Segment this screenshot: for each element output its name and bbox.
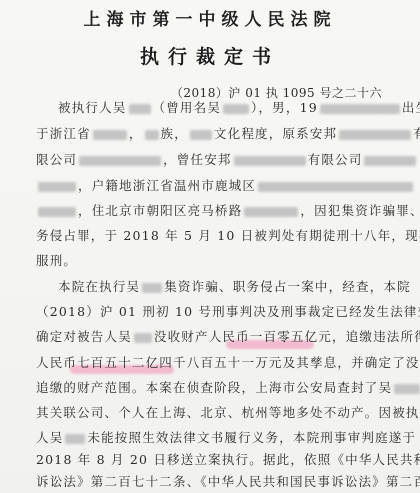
body-line: ，住北京市朝阳区亮马桥路，因犯集资诈骗罪、职 xyxy=(36,203,388,219)
document-page: 上海市第一中级人民法院 执行裁定书 （2018）沪 01 执 1095 号之二十… xyxy=(0,0,420,493)
body-line: 于浙江省，族，文化程度，原系安邦有 xyxy=(36,126,388,142)
case-number: （2018）沪 01 执 1095 号之二十六 xyxy=(171,84,382,101)
body-line: 人民币七百五十二亿四千八百五十一万元及其孳息，并确定了没收、 xyxy=(36,355,388,371)
body-line: 服刑。 xyxy=(36,253,388,269)
body-line: ，户籍地浙江省温州市鹿城区 xyxy=(36,178,388,194)
body-line: 务侵占罪，于 2018 年 5 月 10 日被判处有期徒刑十八年，现在监狱 xyxy=(36,228,388,244)
redacted-name xyxy=(223,104,249,114)
document-title: 执行裁定书 xyxy=(0,42,420,69)
redacted-name xyxy=(129,104,151,114)
body-line: 被执行人吴（曾用名吴），男，19出生 xyxy=(58,100,388,116)
body-line: 确定对被告人吴没收财产人民币一百零五亿元，追缴违法所得 xyxy=(36,329,388,345)
body-line: 限公司，曾任安邦有限公司 xyxy=(36,152,388,168)
redacted-date xyxy=(320,104,400,114)
body-line: 本院在执行吴集资诈骗、职务侵占一案中，经查，本院 xyxy=(58,279,388,295)
body-line: 人吴未能按照生效法律文书履行义务，本院刑事审判庭遂于 xyxy=(36,430,388,446)
body-line: 2018 年 8 月 20 日移送立案执行。据此，依照《中华人民共和国刑事 xyxy=(36,452,388,468)
body-line: 其关联公司、个人在上海、北京、杭州等地多处不动产。因被执行 xyxy=(36,405,388,421)
court-name: 上海市第一中级人民法院 xyxy=(0,5,420,30)
body-line: 诉讼法》第二百七十二条、《中华人民共和国民事诉讼法》第二百 xyxy=(36,474,388,490)
body-line: （2018）沪 01 刑初 10 号刑事判决及刑事裁定已经发生法律效力， xyxy=(36,304,388,320)
body-line: 追缴的财产范围。本案在侦查阶段，上海市公安局查封了吴及 xyxy=(36,380,388,396)
